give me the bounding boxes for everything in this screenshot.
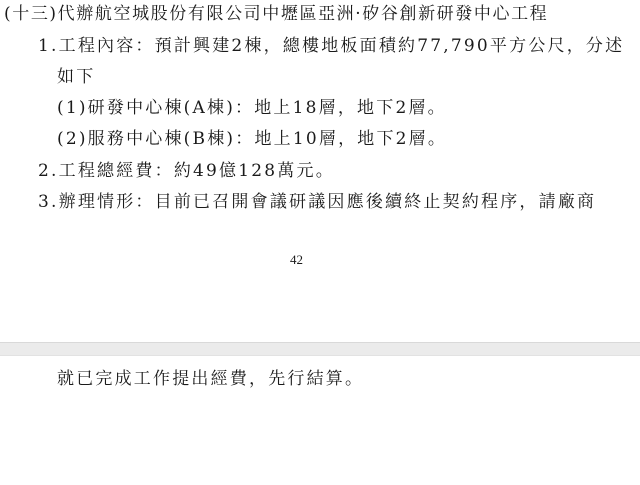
list-item-3-continuation: 就已完成工作提出經費，先行結算。 <box>57 368 364 390</box>
sub-item-2: (2)服務中心棟(B棟)：地上10層，地下2層。 <box>57 128 447 150</box>
list-item-3: 3.辦理情形：目前已召開會議研議因應後續終止契約程序，請廠商 <box>38 191 596 213</box>
list-item-2: 2.工程總經費：約49億128萬元。 <box>38 160 335 182</box>
list-item-1: 1.工程內容：預計興建2棟，總樓地板面積約77,790平方公尺，分述 <box>38 35 624 57</box>
page-number: 42 <box>290 252 303 268</box>
section-title: (十三)代辦航空城股份有限公司中壢區亞洲·矽谷創新研發中心工程 <box>4 3 548 25</box>
list-item-1-continuation: 如下 <box>57 66 95 88</box>
page-break-separator <box>0 342 640 356</box>
sub-item-1: (1)研發中心棟(A棟)：地上18層，地下2層。 <box>57 97 447 119</box>
document-page-42: (十三)代辦航空城股份有限公司中壢區亞洲·矽谷創新研發中心工程 1.工程內容：預… <box>0 0 640 342</box>
document-page-43: 就已完成工作提出經費，先行結算。 <box>0 356 640 485</box>
